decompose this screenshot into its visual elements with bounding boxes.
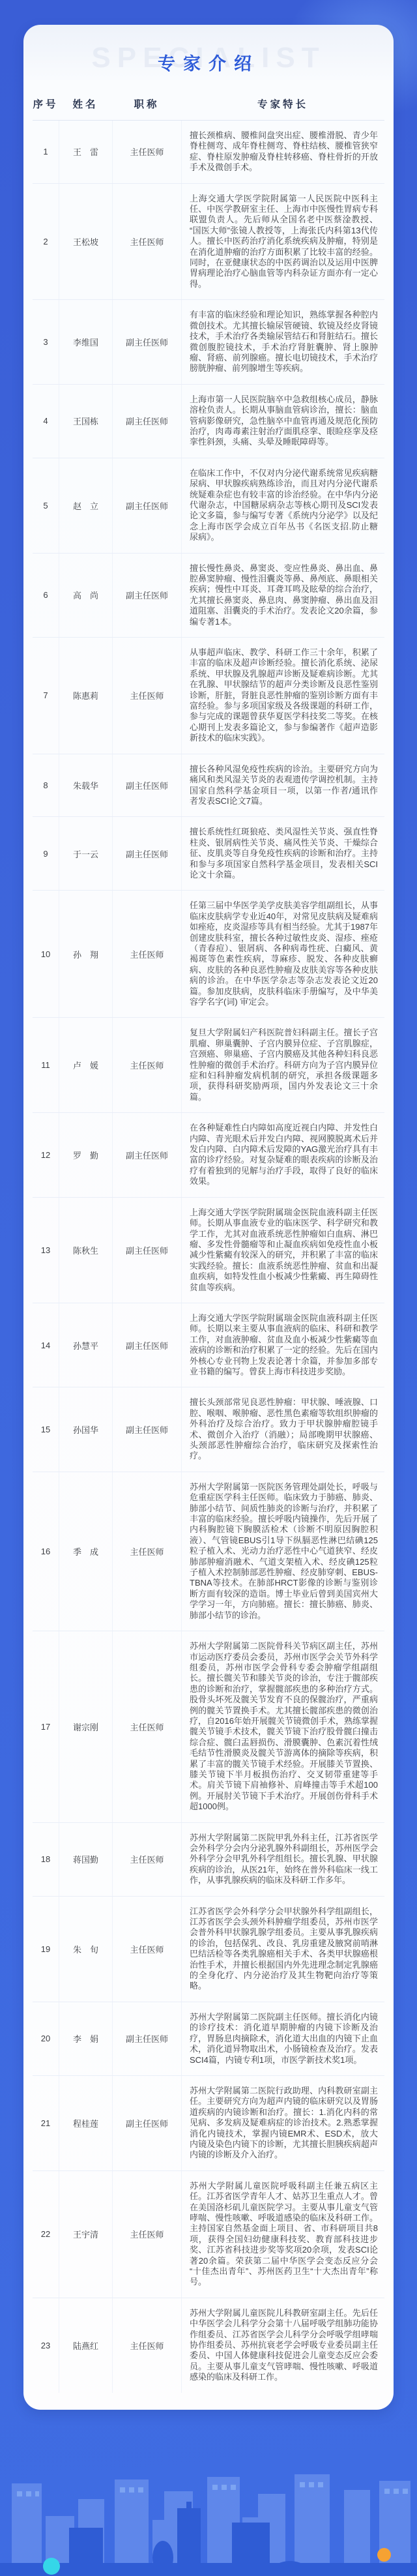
expert-name: 朱载华 [59, 754, 112, 817]
expert-specialty: 擅长系统性红斑狼疮、类风湿性关节炎、强直性脊柱炎、银屑病性关节炎、痛风性关节炎、… [181, 817, 384, 890]
expert-name: 王国栋 [59, 385, 112, 458]
row-number: 11 [33, 1018, 59, 1112]
expert-title: 副主任医师 [112, 1303, 181, 1387]
expert-name: 李 娟 [59, 2002, 112, 2075]
expert-specialty: 苏州大学附属儿童医院儿科教研室副主任。先后任中华医学会儿科学分会第十八届呼吸学组… [181, 2298, 384, 2393]
expert-specialty: 苏州大学附属第一医院医务管理处副处长，呼吸与危重症医学科主任医师。临床致力于肺癌… [181, 1472, 384, 1631]
row-number: 21 [33, 2076, 59, 2170]
expert-specialty: 擅长各种风湿免疫性疾病的诊治。主要研究方向为痛风和类风湿关节炎的表观遗传学调控机… [181, 754, 384, 817]
expert-name: 陈惠莉 [59, 638, 112, 754]
expert-name: 于一云 [59, 817, 112, 890]
row-number: 20 [33, 2002, 59, 2075]
expert-specialty: 在各种疑难性白内障如高度近视白内障、并发性白内障、青光眼术后并发白内障、视网膜脱… [181, 1113, 384, 1196]
table-row: 5 赵 立 副主任医师 在临床工作中，不仅对内分泌代谢系统常见疾病糖尿病、甲状腺… [33, 458, 384, 554]
expert-name: 陆燕红 [59, 2298, 112, 2393]
expert-specialty: 苏州大学附属第二医院行政助理、内科教研室副主任。主要研究方向为超声内镜的临床研究… [181, 2076, 384, 2170]
table-row: 21 程桂莲 副主任医师 苏州大学附属第二医院行政助理、内科教研室副主任。主要研… [33, 2076, 384, 2171]
table-row: 12 罗 勤 副主任医师 在各种疑难性白内障如高度近视白内障、并发性白内障、青光… [33, 1113, 384, 1197]
expert-specialty: 有丰富的临床经验和理论知识，熟练掌握各种腔内微创技术。尤其擅长输尿管硬镜、软镜及… [181, 300, 384, 383]
expert-name: 王宇清 [59, 2171, 112, 2298]
column-header-title: 职称 [112, 87, 181, 120]
row-number: 14 [33, 1303, 59, 1387]
table-row: 14 孙慧平 副主任医师 上海交通大学医学院附属瑞金医院血液科副主任医师。长期以… [33, 1303, 384, 1387]
row-number: 6 [33, 554, 59, 637]
column-header-name: 姓名 [59, 87, 112, 120]
expert-name: 孙 翔 [59, 891, 112, 1017]
card-header: SPECIALIST 专家介绍 [23, 25, 394, 87]
expert-title: 副主任医师 [112, 1113, 181, 1196]
row-number: 15 [33, 1387, 59, 1471]
row-number: 4 [33, 385, 59, 458]
table-row: 8 朱载华 副主任医师 擅长各种风湿免疫性疾病的诊治。主要研究方向为痛风和类风湿… [33, 754, 384, 818]
city-skyline-decoration [0, 2465, 417, 2576]
expert-name: 王 雷 [59, 121, 112, 183]
table-body: 1 王 雷 主任医师 擅长颈椎病、腰椎间盘突出症、腰椎滑脱、青少年脊柱侧弯、成年… [33, 121, 384, 2393]
expert-title: 主任医师 [112, 891, 181, 1017]
row-number: 9 [33, 817, 59, 890]
row-number: 13 [33, 1198, 59, 1303]
table-row: 11 卢 媛 主任医师 复旦大学附属妇产科医院普妇科副主任。擅长子宫肌瘤、卵巢囊… [33, 1018, 384, 1113]
row-number: 5 [33, 458, 59, 553]
table-row: 2 王松坡 主任医师 上海交通大学医学院附属第一人民医院中医科主任、中医学教研室… [33, 184, 384, 301]
table-row: 15 孙国华 副主任医师 擅长头颈部常见良恶性肿瘤：甲状腺、唾液腺、口腔、喉咽、… [33, 1387, 384, 1472]
table-row: 6 高 尚 副主任医师 擅长慢性鼻炎、鼻窦炎、变应性鼻炎、鼻出血、鼻腔鼻窦肿瘤、… [33, 554, 384, 638]
expert-title: 主任医师 [112, 638, 181, 754]
expert-title: 主任医师 [112, 1897, 181, 2002]
table-row: 13 陈秋生 副主任医师 上海交通大学医学院附属瑞金医院血液科副主任医师。长期从… [33, 1198, 384, 1303]
row-number: 23 [33, 2298, 59, 2393]
expert-name: 蒋国勤 [59, 1823, 112, 1896]
expert-title: 主任医师 [112, 2171, 181, 2298]
expert-title: 副主任医师 [112, 385, 181, 458]
row-number: 2 [33, 184, 59, 300]
expert-name: 孙慧平 [59, 1303, 112, 1387]
expert-specialty: 上海交通大学医学院附属第一人民医院中医科主任、中医学教研室主任、上海市中医慢性胃… [181, 184, 384, 300]
expert-specialty: 擅长慢性鼻炎、鼻窦炎、变应性鼻炎、鼻出血、鼻腔鼻窦肿瘤、慢性泪囊炎等鼻、鼻颅底、… [181, 554, 384, 637]
table-row: 9 于一云 副主任医师 擅长系统性红斑狼疮、类风湿性关节炎、强直性脊柱炎、银屑病… [33, 817, 384, 891]
expert-specialty: 苏州大学附属儿童医院呼吸科副主任兼五病区主任。江苏省医学青年人才、姑苏卫生重点人… [181, 2171, 384, 2298]
column-header-specialty: 专家特长 [181, 87, 384, 120]
expert-specialty: 苏州大学附属第二医院骨科关节病区副主任，苏州市运动医疗委员会委员，苏州市医学会关… [181, 1631, 384, 1822]
expert-name: 李维国 [59, 300, 112, 383]
expert-specialty: 擅长颈椎病、腰椎间盘突出症、腰椎滑脱、青少年脊柱侧弯、成年脊柱侧弯、脊柱结核、腰… [181, 121, 384, 183]
expert-specialty: 上海交通大学医学院附属瑞金医院血液科副主任医师。长期从事血液专业的临床医学、科学… [181, 1198, 384, 1303]
expert-title: 副主任医师 [112, 1198, 181, 1303]
expert-name: 罗 勤 [59, 1113, 112, 1196]
expert-title: 副主任医师 [112, 2076, 181, 2170]
row-number: 1 [33, 121, 59, 183]
expert-title: 副主任医师 [112, 458, 181, 553]
expert-title: 副主任医师 [112, 2002, 181, 2075]
expert-name: 孙国华 [59, 1387, 112, 1471]
table-row: 17 谢宗刚 主任医师 苏州大学附属第二医院骨科关节病区副主任，苏州市运动医疗委… [33, 1631, 384, 1823]
table-row: 18 蒋国勤 主任医师 苏州大学附属第二医院甲乳外科主任，江苏省医学会外科学分会… [33, 1823, 384, 1897]
row-number: 16 [33, 1472, 59, 1631]
expert-name: 高 尚 [59, 554, 112, 637]
expert-specialty: 江苏省医学会外科学分会甲状腺外科学组副组长，江苏省医学会头颈外科肿瘤学组委员，苏… [181, 1897, 384, 2002]
expert-specialty: 上海交通大学医学院附属瑞金医院血液科副主任医师。长期以来主要从事血液病的临床、科… [181, 1303, 384, 1387]
table-row: 4 王国栋 副主任医师 上海市第一人民医院脑卒中急救组核心成员，静脉溶栓负责人。… [33, 385, 384, 458]
expert-specialty: 苏州大学附属第二医院甲乳外科主任，江苏省医学会外科学分会内分泌乳腺外科副组长，苏… [181, 1823, 384, 1896]
row-number: 18 [33, 1823, 59, 1896]
column-header-no: 序号 [33, 87, 59, 120]
expert-name: 程桂莲 [59, 2076, 112, 2170]
expert-title: 主任医师 [112, 2298, 181, 2393]
table-row: 20 李 娟 副主任医师 苏州大学附属第二医院副主任医师。擅长消化内镜的诊疗技术… [33, 2002, 384, 2076]
expert-name: 谢宗刚 [59, 1631, 112, 1822]
table-row: 19 朱 旬 主任医师 江苏省医学会外科学分会甲状腺外科学组副组长，江苏省医学会… [33, 1897, 384, 2002]
row-number: 3 [33, 300, 59, 383]
expert-name: 陈秋生 [59, 1198, 112, 1303]
expert-title: 主任医师 [112, 1823, 181, 1896]
expert-name: 卢 媛 [59, 1018, 112, 1112]
table-header-row: 序号 姓名 职称 专家特长 [33, 87, 384, 121]
table-row: 7 陈惠莉 主任医师 从事超声临床、教学、科研工作三十余年，积累了丰富的临床及超… [33, 638, 384, 754]
expert-title: 副主任医师 [112, 1387, 181, 1471]
table-row: 22 王宇清 主任医师 苏州大学附属儿童医院呼吸科副主任兼五病区主任。江苏省医学… [33, 2171, 384, 2298]
expert-title: 主任医师 [112, 1018, 181, 1112]
row-number: 22 [33, 2171, 59, 2298]
expert-name: 赵 立 [59, 458, 112, 553]
expert-title: 副主任医师 [112, 554, 181, 637]
table-row: 23 陆燕红 主任医师 苏州大学附属儿童医院儿科教研室副主任。先后任中华医学会儿… [33, 2298, 384, 2393]
orange-dot-decoration [377, 2548, 391, 2562]
row-number: 12 [33, 1113, 59, 1196]
table-row: 16 季 成 主任医师 苏州大学附属第一医院医务管理处副处长，呼吸与危重症医学科… [33, 1472, 384, 1631]
expert-specialty: 复旦大学附属妇产科医院普妇科副主任。擅长子宫肌瘤、卵巢囊肿、子宫内膜异位症、子宫… [181, 1018, 384, 1112]
expert-intro-page: { "page": { "bg_color": "#3e66dc", "acce… [0, 0, 417, 2576]
expert-title: 主任医师 [112, 184, 181, 300]
expert-name: 王松坡 [59, 184, 112, 300]
table-row: 10 孙 翔 主任医师 任第三届中华医学美学皮肤美容学组副组长，从事临床皮肤病学… [33, 891, 384, 1018]
expert-specialty: 在临床工作中，不仅对内分泌代谢系统常见疾病糖尿病、甲状腺疾病熟练诊治，而且对内分… [181, 458, 384, 553]
table-row: 3 李维国 副主任医师 有丰富的临床经验和理论知识，熟练掌握各种腔内微创技术。尤… [33, 300, 384, 384]
expert-table-card: SPECIALIST 专家介绍 序号 姓名 职称 专家特长 1 王 雷 主任医师… [23, 25, 394, 2410]
row-number: 7 [33, 638, 59, 754]
row-number: 19 [33, 1897, 59, 2002]
page-title: 专家介绍 [158, 50, 259, 75]
expert-specialty: 擅长头颈部常见良恶性肿瘤：甲状腺、唾液腺、口腔、喉咽、喉肿瘤、恶性黑色素瘤等软组… [181, 1387, 384, 1471]
expert-name: 季 成 [59, 1472, 112, 1631]
table-row: 1 王 雷 主任医师 擅长颈椎病、腰椎间盘突出症、腰椎滑脱、青少年脊柱侧弯、成年… [33, 121, 384, 184]
expert-title: 副主任医师 [112, 300, 181, 383]
expert-specialty: 苏州大学附属第二医院副主任医师。擅长消化内镜的诊疗技术：消化道早期肿瘤的内镜下诊… [181, 2002, 384, 2075]
expert-specialty: 上海市第一人民医院脑卒中急救组核心成员，静脉溶栓负责人。长期从事脑血管病诊治，擅… [181, 385, 384, 458]
cyan-dot-decoration [43, 2558, 60, 2575]
expert-title: 主任医师 [112, 1631, 181, 1822]
expert-title: 主任医师 [112, 1472, 181, 1631]
row-number: 17 [33, 1631, 59, 1822]
expert-title: 主任医师 [112, 121, 181, 183]
row-number: 8 [33, 754, 59, 817]
expert-title: 副主任医师 [112, 754, 181, 817]
expert-name: 朱 旬 [59, 1897, 112, 2002]
expert-title: 副主任医师 [112, 817, 181, 890]
expert-specialty: 任第三届中华医学美学皮肤美容学组副组长，从事临床皮肤病学专业近40年，对常见皮肤… [181, 891, 384, 1017]
expert-specialty: 从事超声临床、教学、科研工作三十余年，积累了丰富的临床及超声诊断经验。擅长消化系… [181, 638, 384, 754]
row-number: 10 [33, 891, 59, 1017]
experts-table: 序号 姓名 职称 专家特长 1 王 雷 主任医师 擅长颈椎病、腰椎间盘突出症、腰… [33, 87, 384, 2393]
